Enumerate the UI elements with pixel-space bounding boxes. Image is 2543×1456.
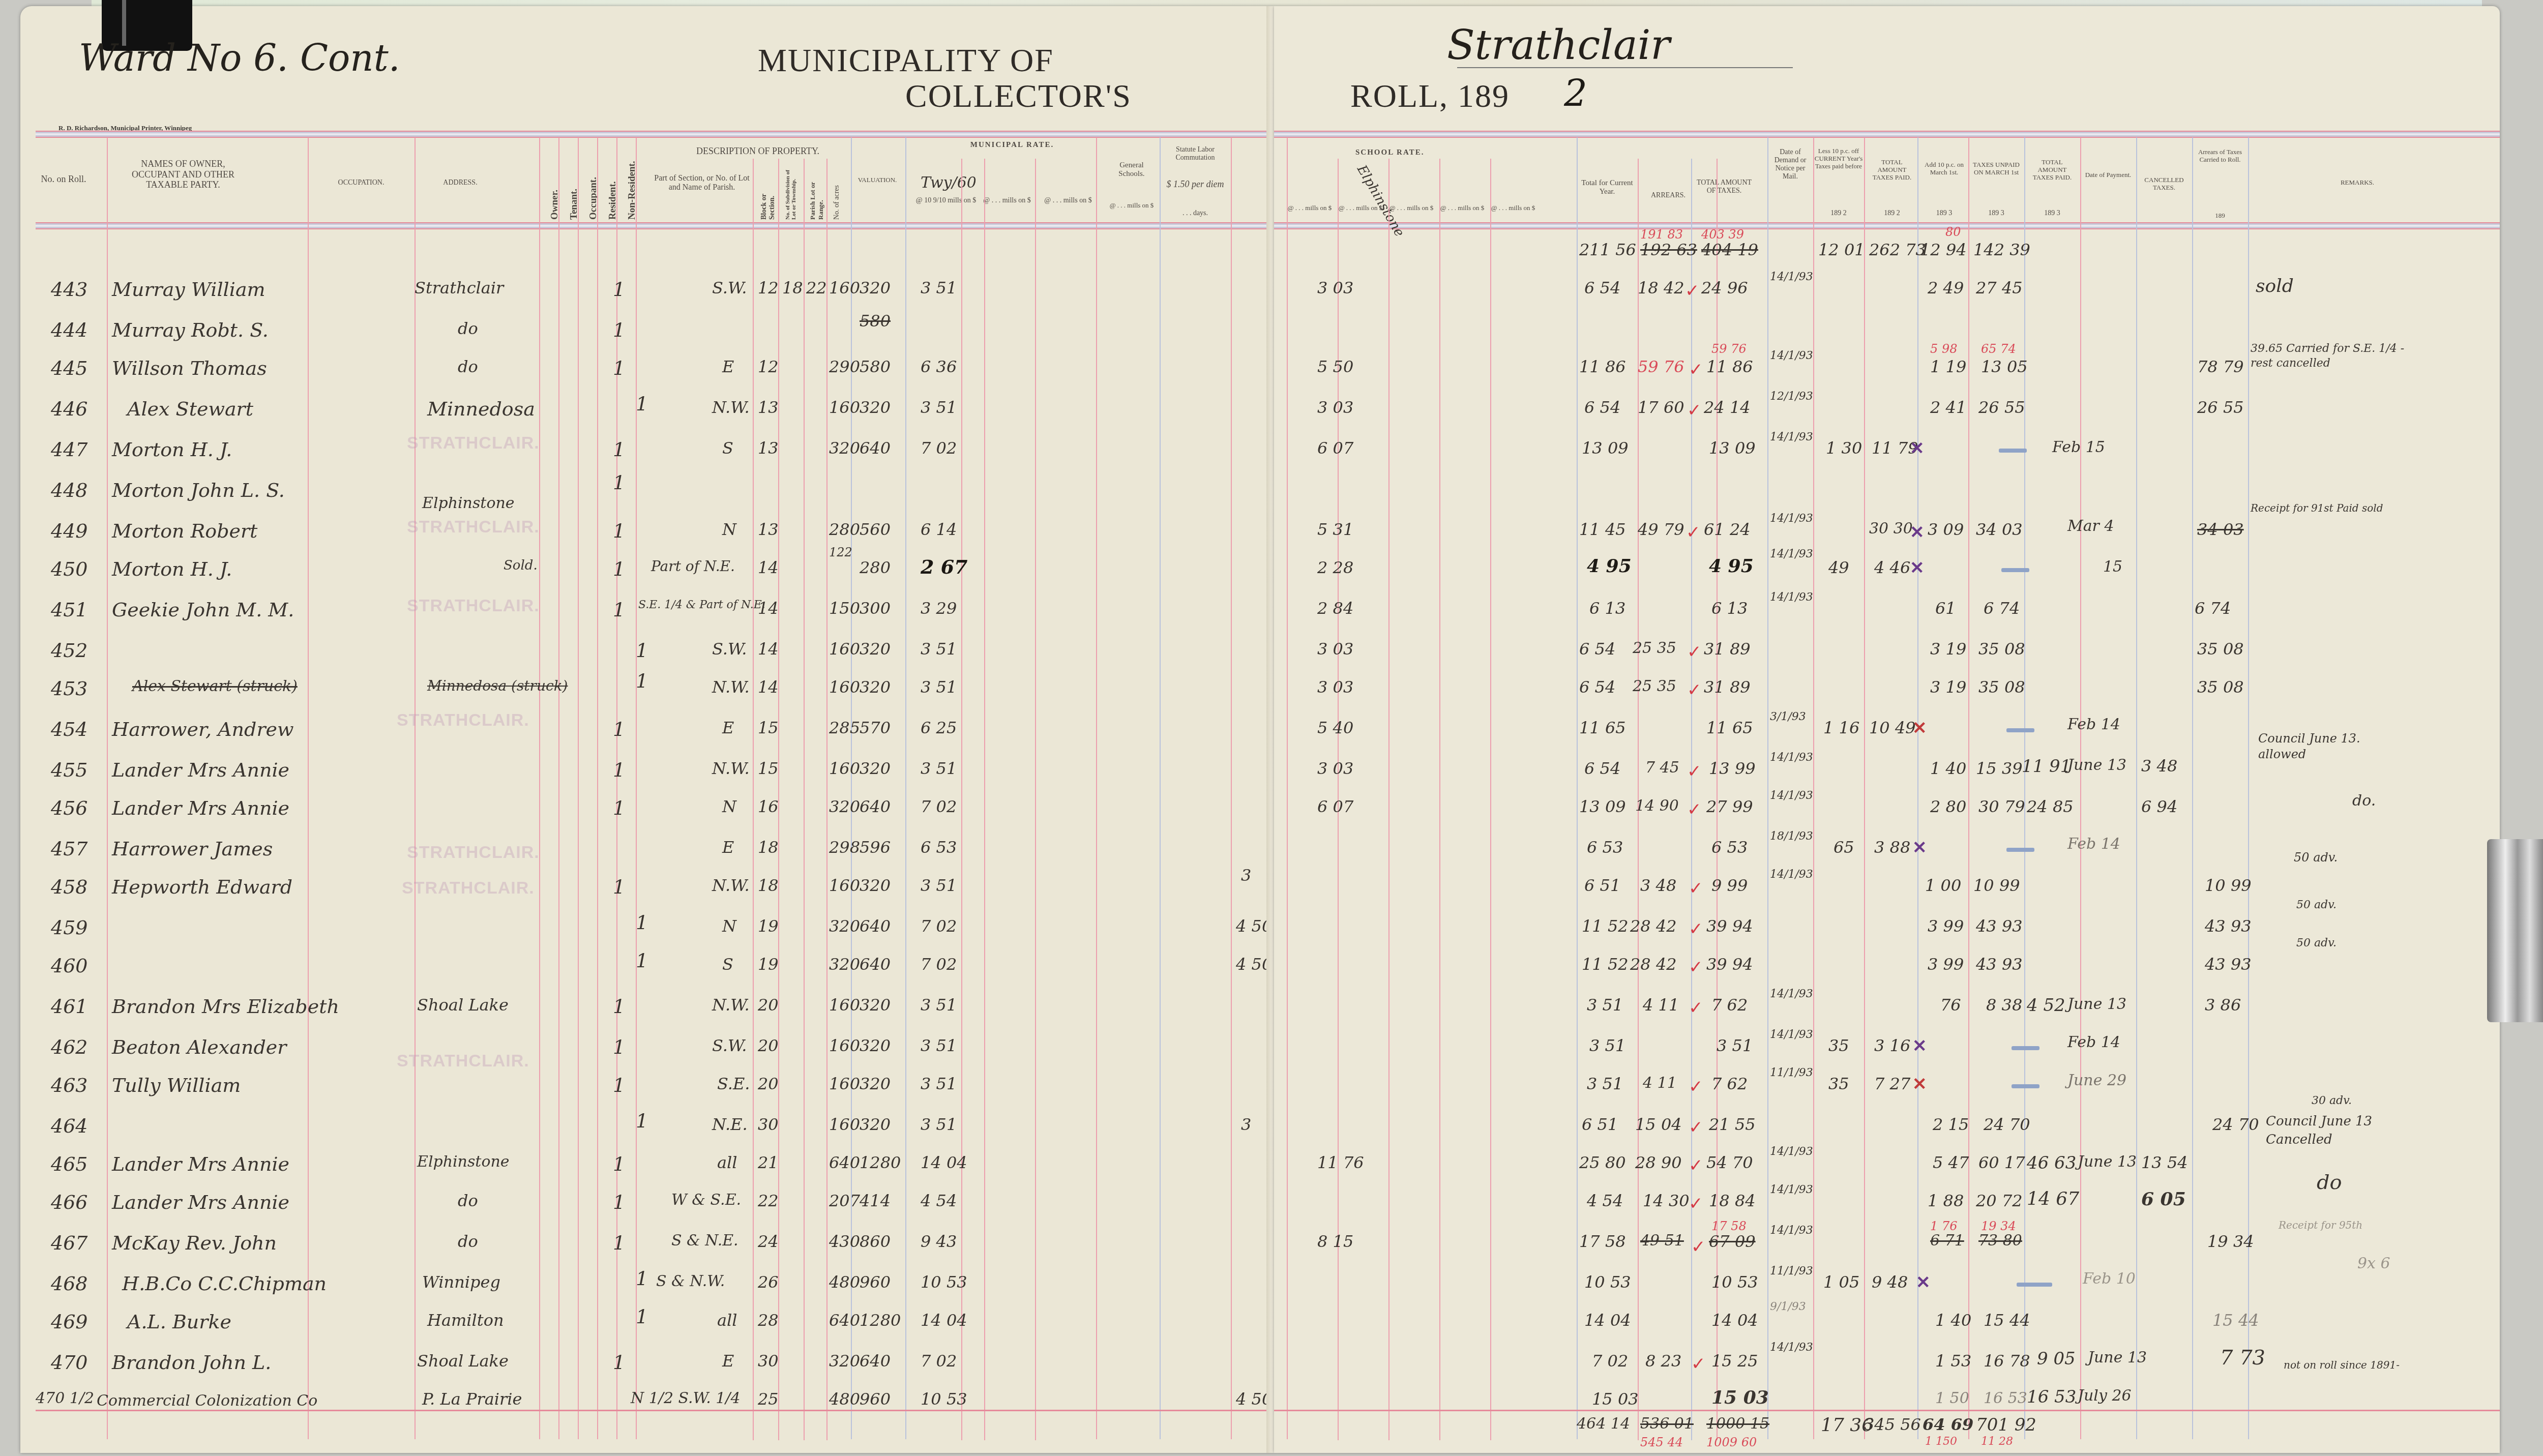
row-458-total-taxes: 9 99 — [1711, 876, 1748, 895]
row-467-arrears: 49 51 — [1640, 1232, 1684, 1250]
red-check-icon: ✓ — [1689, 957, 1703, 977]
row-456-school: 6 07 — [1317, 797, 1353, 816]
row-446-muni: 3 51 — [921, 398, 957, 417]
metal-page-clip — [2487, 839, 2543, 1022]
header-occupation: OCCUPATION. — [326, 179, 397, 187]
row-458-carried: 10 99 — [2205, 876, 2252, 895]
red-check-icon: ✓ — [1687, 400, 1702, 421]
row-456-acres: 320 — [829, 797, 860, 816]
row-466-demand: 14/1/93 — [1770, 1183, 1813, 1196]
row-460-remarks: 50 adv. — [2296, 937, 2337, 949]
row-448-address: Elphinstone — [422, 494, 515, 512]
row-448-no: 448 — [51, 479, 88, 501]
row-467-carried: 19 34 — [2207, 1232, 2254, 1251]
roll-year: 2 — [1564, 72, 1587, 115]
header-statute-labor: Statute Labor Commutation — [1165, 146, 1226, 162]
row-465-owner: 1 — [613, 1153, 625, 1175]
row-470b-unpaid: 16 53 — [1984, 1389, 2027, 1407]
row-470-name: Brandon John L. — [112, 1351, 271, 1374]
row-445-add10: 1 19 — [1930, 357, 1966, 376]
row-470-owner: 1 — [613, 1351, 625, 1374]
row-468-resident: 1 — [636, 1267, 648, 1290]
row-470b-part: N 1/2 S.W. 1/4 — [631, 1389, 741, 1407]
row-443-part: S.W. — [712, 278, 747, 298]
row-468-muni: 10 53 — [921, 1272, 967, 1292]
row-464-total-current: 6 51 — [1582, 1115, 1618, 1134]
row-455-total-current: 6 54 — [1584, 759, 1620, 778]
row-453-carried: 35 08 — [2197, 677, 2244, 697]
row-458-owner: 1 — [613, 876, 625, 898]
row-467-address: do — [458, 1232, 478, 1251]
row-466-arrears: 14 30 — [1643, 1191, 1690, 1210]
row-469-valuation: 1280 — [860, 1311, 901, 1330]
row-463-date-payment: June 29 — [2067, 1072, 2126, 1089]
row-447-demand: 14/1/93 — [1770, 431, 1813, 443]
row-461-carried: 3 86 — [2205, 995, 2241, 1015]
row-457-total-taxes: 6 53 — [1711, 838, 1748, 857]
row-454-demand: 3/1/93 — [1770, 710, 1806, 723]
row-446-demand: 12/1/93 — [1770, 390, 1813, 403]
row-457-muni: 6 53 — [921, 838, 957, 857]
row-463-paid: 7 27 — [1874, 1074, 1910, 1093]
row-456-block: 16 — [758, 797, 779, 816]
row-447-school: 6 07 — [1317, 438, 1353, 458]
row-443-school: 3 03 — [1317, 278, 1353, 298]
row-464-valuation: 320 — [860, 1115, 891, 1134]
row-461-total-current: 3 51 — [1587, 995, 1623, 1015]
x-mark-icon: ✕ — [1912, 838, 1927, 858]
row-468-remarks: 9x 6 — [2357, 1255, 2390, 1272]
red-check-icon: ✓ — [1689, 360, 1703, 380]
row-461-add10: 76 — [1940, 995, 1961, 1015]
row-455-cancelled: 3 48 — [2141, 756, 2177, 776]
row-449-paid: 30 30 — [1869, 520, 1913, 538]
row-447-total-current: 13 09 — [1582, 438, 1629, 458]
row-460-part: S — [722, 955, 733, 974]
row-465-add10: 5 47 — [1933, 1153, 1969, 1172]
row-455-add10: 1 40 — [1930, 759, 1966, 778]
row-467-acres: 430 — [829, 1232, 860, 1251]
total-paid-1-year: 189 2 — [1867, 210, 1917, 218]
header-parish-lot: Parish Lot or Range. — [809, 164, 825, 220]
row-469-carried: 15 44 — [2212, 1311, 2259, 1330]
row-455-no: 455 — [51, 759, 88, 781]
row-464-add10: 2 15 — [1933, 1115, 1969, 1134]
arrears-carried-year: 189 — [2195, 212, 2245, 220]
row-449-demand: 14/1/93 — [1770, 512, 1813, 525]
row-446-address: Minnedosa — [427, 398, 535, 420]
stamp: STRATHCLAIR. — [397, 1051, 529, 1071]
row-453-name-struck: Alex Stewart (struck) — [132, 677, 298, 695]
total-add-10: 64 69 — [1923, 1415, 1973, 1434]
x-mark-icon: ✕ — [1912, 1074, 1927, 1094]
row-445-block: 12 — [758, 357, 779, 376]
general-schools-mills: @ . . . mills on $ — [1106, 202, 1157, 210]
row-468-name: H.B.Co C.C.Chipman — [122, 1272, 327, 1295]
row-461-date-payment: June 13 — [2067, 995, 2126, 1013]
row-455-block: 15 — [758, 759, 779, 778]
row-446-part: N.W. — [712, 398, 750, 417]
row-459-add10: 3 99 — [1928, 916, 1964, 936]
row-470-unpaid: 16 78 — [1984, 1351, 2030, 1371]
x-mark-icon: ✕ — [1910, 438, 1925, 459]
row-446-no: 446 — [51, 398, 88, 420]
row-470b-valuation: 960 — [860, 1389, 891, 1409]
row-464-block: 30 — [758, 1115, 779, 1134]
header-arrears: ARREARS. — [1643, 192, 1694, 200]
header-arrears-carried: Arrears of Taxes Carried to Roll. — [2195, 148, 2245, 164]
row-443-total-taxes: 24 96 — [1701, 278, 1748, 298]
row-448-owner: 1 — [613, 471, 625, 494]
row-462-paid: 3 16 — [1874, 1036, 1910, 1055]
row-469-unpaid: 15 44 — [1984, 1311, 2030, 1330]
row-454-total-current: 11 65 — [1579, 718, 1626, 737]
row-443-sub: 18 — [782, 278, 803, 298]
row-470-date-payment: June 13 — [2088, 1349, 2147, 1366]
row-463-valuation: 320 — [860, 1074, 891, 1093]
row-458-arrears: 3 48 — [1640, 876, 1676, 895]
header-general-schools: General Schools. — [1106, 161, 1157, 179]
row-465-total-taxes: 54 70 — [1706, 1153, 1753, 1172]
row-453-total-taxes: 31 89 — [1704, 677, 1751, 697]
row-453-add10: 3 19 — [1930, 677, 1966, 697]
row-466-block: 22 — [758, 1191, 779, 1210]
row-451-total-taxes: 6 13 — [1711, 599, 1748, 618]
row-445-address: do — [458, 357, 478, 376]
cf-total-amount: 404 19 — [1701, 240, 1758, 259]
total-arrears-red: 545 44 — [1640, 1435, 1683, 1449]
total-amount: 1000 15 — [1706, 1415, 1769, 1433]
row-450-block: 14 — [758, 558, 779, 577]
row-444-address: do — [458, 319, 478, 338]
row-460-resident: 1 — [636, 949, 648, 972]
row-467-block: 24 — [758, 1232, 779, 1251]
row-466-muni: 4 54 — [921, 1191, 957, 1210]
stamp: STRATHCLAIR. — [397, 710, 529, 730]
row-467-remarks: Receipt for 95th — [2279, 1219, 2362, 1231]
left-page: Ward No 6. Cont. MUNICIPALITY OF COLLECT… — [20, 6, 1274, 1453]
row-447-less10: 1 30 — [1826, 438, 1862, 458]
row-451-add10: 61 — [1935, 599, 1956, 618]
stamp: STRATHCLAIR. — [407, 843, 540, 863]
row-445-owner: 1 — [613, 357, 625, 379]
header-total-paid-2: TOTAL AMOUNT TAXES PAID. — [2027, 159, 2078, 182]
row-450-less10: 49 — [1828, 558, 1849, 577]
row-469-part: all — [717, 1311, 737, 1330]
row-462-valuation: 320 — [860, 1036, 891, 1055]
name-underline — [1457, 67, 1793, 68]
row-449-no: 449 — [51, 520, 88, 542]
row-466-name: Lander Mrs Annie — [112, 1191, 289, 1213]
row-454-owner: 1 — [613, 718, 625, 740]
row-470b-acres: 480 — [829, 1389, 860, 1409]
row-467-valuation: 860 — [860, 1232, 891, 1251]
row-465-no: 465 — [51, 1153, 88, 1175]
row-468-less10: 1 05 — [1823, 1272, 1859, 1292]
row-459-part: N — [722, 916, 736, 936]
row-459-unpaid: 43 93 — [1976, 916, 2023, 936]
row-468-paid: 9 48 — [1872, 1272, 1908, 1292]
row-445-remarks: 39.65 Carried for S.E. 1/4 - rest cancel… — [2251, 342, 2418, 371]
row-461-paid2: 4 52 — [2027, 995, 2065, 1016]
row-456-add10: 2 80 — [1930, 797, 1966, 816]
row-461-block: 20 — [758, 995, 779, 1015]
row-466-address: do — [458, 1191, 478, 1210]
row-465-school: 11 76 — [1317, 1153, 1364, 1172]
row-463-total-taxes: 7 62 — [1711, 1074, 1748, 1093]
row-456-total-taxes: 27 99 — [1706, 797, 1753, 816]
row-449-muni: 6 14 — [921, 520, 957, 539]
row-452-no: 452 — [51, 639, 88, 662]
stamp: STRATHCLAIR. — [407, 596, 540, 616]
row-456-cancelled: 6 94 — [2141, 797, 2177, 816]
row-462-no: 462 — [51, 1036, 88, 1058]
row-458-acres: 160 — [829, 876, 860, 895]
row-464-statute: 3 — [1241, 1115, 1251, 1134]
row-466-unpaid: 20 72 — [1976, 1191, 2023, 1210]
row-470-part: E — [722, 1351, 734, 1371]
row-469-total-current: 14 04 — [1584, 1311, 1631, 1330]
row-457-acres: 298 — [829, 838, 860, 857]
row-456-valuation: 640 — [860, 797, 891, 816]
row-470-carried: 7 73 — [2220, 1346, 2265, 1370]
row-451-valuation: 300 — [860, 599, 891, 618]
row-457-part: E — [722, 838, 734, 857]
header-band-top — [36, 131, 1274, 138]
row-461-address: Shoal Lake — [417, 995, 509, 1015]
row-465-paid2: 46 63 — [2027, 1153, 2076, 1173]
row-470b-muni: 10 53 — [921, 1389, 967, 1409]
row-461-valuation: 320 — [860, 995, 891, 1015]
total-add-10-red: 1 150 — [1925, 1435, 1957, 1448]
row-454-less10: 1 16 — [1823, 718, 1859, 737]
row-469-acres: 640 — [829, 1311, 860, 1330]
row-468-total-taxes: 10 53 — [1711, 1272, 1758, 1292]
header-total-taxes: TOTAL AMOUNT OF TAXES. — [1696, 179, 1752, 195]
row-461-acres: 160 — [829, 995, 860, 1015]
row-465-date-payment: June 13 — [2078, 1153, 2137, 1171]
row-453-block: 14 — [758, 677, 779, 697]
cf-less-10: 12 01 — [1818, 240, 1865, 259]
row-456-part: N — [722, 797, 736, 816]
row-461-owner: 1 — [613, 995, 625, 1018]
row-443-acres: 160 — [829, 278, 860, 298]
red-check-icon: ✓ — [1689, 1077, 1703, 1097]
row-462-muni: 3 51 — [921, 1036, 957, 1055]
row-461-name: Brandon Mrs Elizabeth — [112, 995, 339, 1018]
row-452-part: S.W. — [712, 639, 747, 659]
row-454-muni: 6 25 — [921, 718, 957, 737]
red-check-icon: ✓ — [1689, 919, 1703, 939]
row-453-resident: 1 — [636, 670, 648, 692]
red-check-icon: ✓ — [1689, 878, 1703, 899]
row-453-school: 3 03 — [1317, 677, 1353, 697]
row-443-block: 12 — [758, 278, 779, 298]
row-450-demand: 14/1/93 — [1770, 548, 1813, 560]
row-449-block: 13 — [758, 520, 779, 539]
header-school-rate: SCHOOL RATE. — [1355, 148, 1457, 157]
row-452-carried: 35 08 — [2197, 639, 2244, 659]
x-mark-icon: ✕ — [1912, 718, 1927, 738]
row-444-owner: 1 — [613, 319, 625, 341]
row-451-total-current: 6 13 — [1589, 599, 1625, 618]
row-450-owner: 1 — [613, 558, 625, 580]
row-462-block: 20 — [758, 1036, 779, 1055]
row-445-acres: 290 — [829, 357, 860, 376]
row-458-remarks: 50 adv. — [2294, 850, 2338, 865]
row-451-owner: 1 — [613, 599, 625, 621]
row-460-unpaid: 43 93 — [1976, 955, 2023, 974]
row-449-school: 5 31 — [1317, 520, 1353, 539]
row-470-acres: 320 — [829, 1351, 860, 1371]
red-check-icon: ✓ — [1689, 1155, 1703, 1176]
row-453-part: N.W. — [712, 677, 750, 697]
row-463-name: Tully William — [112, 1074, 241, 1096]
row-462-less10: 35 — [1828, 1036, 1849, 1055]
stamp: STRATHCLAIR. — [407, 433, 540, 453]
row-443-no: 443 — [51, 278, 88, 301]
row-463-owner: 1 — [613, 1074, 625, 1096]
row-470-remarks: not on roll since 1891- — [2284, 1359, 2436, 1371]
row-451-block: 14 — [758, 599, 779, 618]
municipal-rate-note: Twy/60 — [921, 174, 977, 192]
row-463-acres: 160 — [829, 1074, 860, 1093]
row-443-unpaid: 27 45 — [1976, 278, 2023, 298]
row-468-total-current: 10 53 — [1584, 1272, 1631, 1292]
header-total-current: Total for Current Year. — [1579, 179, 1635, 197]
row-452-arrears: 25 35 — [1633, 639, 1676, 657]
row-468-address: Winnipeg — [422, 1272, 500, 1292]
row-469-add10: 1 40 — [1935, 1311, 1971, 1330]
row-452-school: 3 03 — [1317, 639, 1353, 659]
row-470b-add10: 1 50 — [1935, 1389, 1969, 1407]
row-457-less10: 65 — [1834, 838, 1854, 857]
row-466-owner: 1 — [613, 1191, 625, 1213]
unpaid-march-year: 189 3 — [1971, 210, 2022, 218]
header-acres: No. of acres — [833, 164, 841, 220]
row-458-part: N.W. — [712, 876, 750, 895]
row-445-total-taxes: 11 86 — [1706, 357, 1753, 376]
row-470-no: 470 — [51, 1351, 88, 1374]
row-452-unpaid: 35 08 — [1978, 639, 2025, 659]
x-mark-icon: ✕ — [1912, 1036, 1927, 1056]
less-10pc-year: 189 2 — [1813, 210, 1864, 218]
row-455-valuation: 320 — [860, 759, 891, 778]
row-447-valuation: 640 — [860, 438, 891, 458]
row-443-muni: 3 51 — [921, 278, 957, 298]
row-466-part: W & S.E. — [671, 1191, 741, 1209]
row-463-no: 463 — [51, 1074, 88, 1096]
row-470-total-taxes: 15 25 — [1711, 1351, 1758, 1371]
header-date-demand: Date of Demand or Notice per Mail. — [1770, 148, 1811, 181]
row-459-total-taxes: 39 94 — [1706, 916, 1753, 936]
row-462-total-current: 3 51 — [1589, 1036, 1625, 1055]
row-457-block: 18 — [758, 838, 779, 857]
row-445-no: 445 — [51, 357, 88, 379]
row-446-unpaid: 26 55 — [1978, 398, 2025, 417]
row-452-total-current: 6 54 — [1579, 639, 1615, 659]
row-466-add10: 1 88 — [1928, 1191, 1964, 1210]
row-450-name: Morton H. J. — [112, 558, 232, 580]
red-check-icon: ✓ — [1687, 799, 1702, 820]
row-468-no: 468 — [51, 1272, 88, 1295]
cf-arrears: 192 63 — [1640, 240, 1697, 259]
row-466-paid2: 14 67 — [2027, 1188, 2079, 1209]
row-443-name: Murray William — [112, 278, 265, 301]
row-459-block: 19 — [758, 916, 779, 936]
row-457-total-current: 6 53 — [1587, 838, 1623, 857]
row-461-arrears: 4 11 — [1643, 995, 1679, 1015]
row-464-muni: 3 51 — [921, 1115, 957, 1134]
row-455-arrears: 7 45 — [1645, 759, 1679, 777]
row-465-muni: 14 04 — [921, 1153, 967, 1172]
row-449-date-payment: Mar 4 — [2067, 517, 2114, 535]
header-block: Block or Section. — [760, 169, 777, 220]
row-469-resident: 1 — [636, 1305, 648, 1328]
row-470b-no: 470 1/2 — [36, 1389, 94, 1407]
row-460-no: 460 — [51, 955, 88, 977]
row-455-date-payment: June 13 — [2067, 756, 2126, 774]
header-address: ADDRESS. — [422, 179, 498, 187]
row-470-arrears: 8 23 — [1645, 1351, 1681, 1371]
x-mark-icon: ✕ — [1910, 558, 1925, 578]
row-459-total-current: 11 52 — [1582, 916, 1629, 936]
row-469-total-taxes: 14 04 — [1711, 1311, 1758, 1330]
row-446-total-taxes: 24 14 — [1704, 398, 1751, 417]
row-464-part: N.E. — [712, 1115, 748, 1134]
row-452-block: 14 — [758, 639, 779, 659]
row-470-muni: 7 02 — [921, 1351, 957, 1371]
row-457-paid: 3 88 — [1874, 838, 1910, 857]
header-total-paid-1: TOTAL AMOUNT TAXES PAID. — [1867, 159, 1917, 182]
row-452-acres: 160 — [829, 639, 860, 659]
row-465-arrears: 28 90 — [1635, 1153, 1682, 1172]
red-check-icon: ✓ — [1687, 642, 1702, 662]
header-description: DESCRIPTION OF PROPERTY. — [651, 146, 865, 157]
row-466-cancelled: 6 05 — [2141, 1188, 2186, 1210]
cf-total-current: 211 56 — [1579, 240, 1636, 259]
row-466-valuation: 414 — [860, 1191, 891, 1210]
row-469-no: 469 — [51, 1311, 88, 1333]
header-remarks: REMARKS. — [2256, 179, 2459, 187]
row-450-valuation: 280 — [860, 558, 891, 577]
municipal-mills-1: @ 10 9/10 mills on $ — [915, 197, 977, 205]
row-459-resident: 1 — [636, 911, 648, 934]
row-455-part: N.W. — [712, 759, 750, 778]
x-mark-icon: ✕ — [1910, 522, 1925, 543]
row-458-name: Hepworth Edward — [112, 876, 292, 898]
row-465-unpaid: 60 17 — [1978, 1153, 2025, 1172]
row-468-acres: 480 — [829, 1272, 860, 1292]
header-unpaid-march: TAXES UNPAID ON MARCH 1st — [1971, 161, 2022, 176]
blue-dash-mark — [2012, 1084, 2039, 1088]
total-paid: 345 56 — [1864, 1415, 1921, 1434]
row-454-date-payment: Feb 14 — [2067, 716, 2120, 733]
row-449-total-current: 11 45 — [1579, 520, 1626, 539]
row-445-demand: 14/1/93 — [1770, 349, 1813, 362]
row-461-part: N.W. — [712, 995, 750, 1015]
row-467-school: 8 15 — [1317, 1232, 1353, 1251]
row-451-demand: 14/1/93 — [1770, 591, 1813, 604]
row-454-paid: 10 49 — [1869, 718, 1916, 737]
header-less-10pc: Less 10 p.c. off CURRENT Year's Taxes pa… — [1813, 147, 1864, 170]
row-459-remarks: 50 adv. — [2296, 899, 2337, 911]
row-470-total-current: 7 02 — [1592, 1351, 1628, 1371]
row-446-carried: 26 55 — [2197, 398, 2244, 417]
row-470b-block: 25 — [758, 1389, 779, 1409]
row-455-demand: 14/1/93 — [1770, 751, 1813, 764]
row-443-owner: 1 — [613, 278, 625, 301]
